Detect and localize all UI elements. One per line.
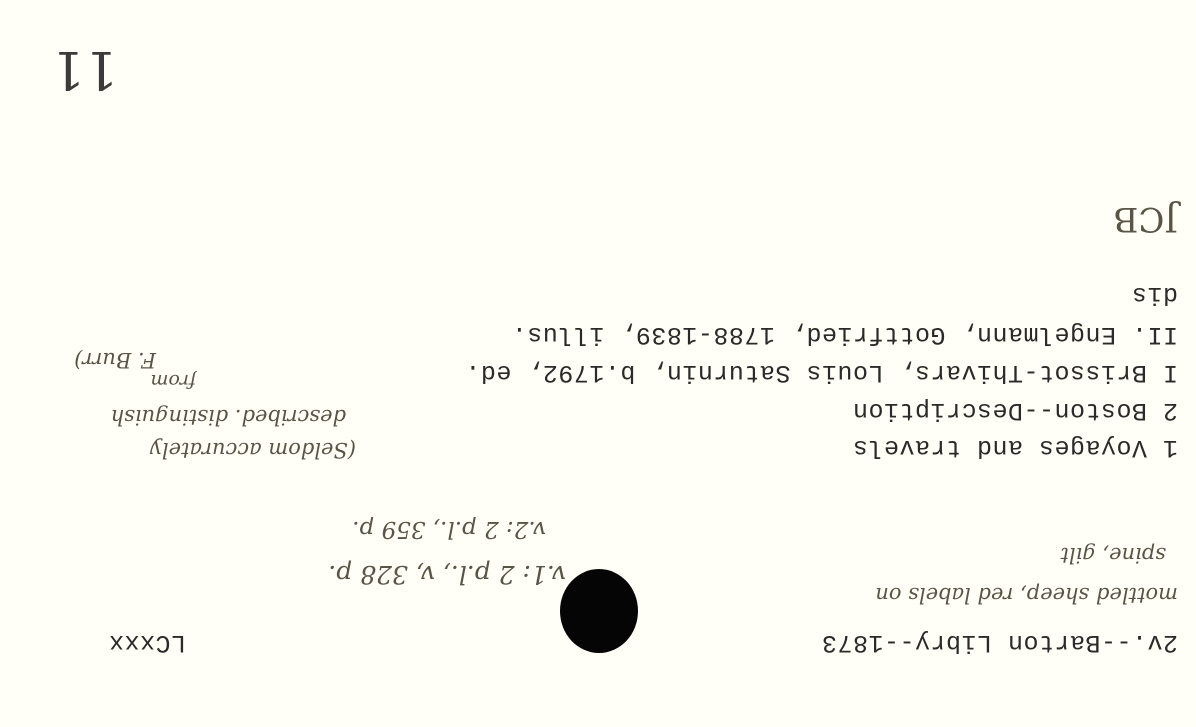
remark-1: (Seldom accurately: [150, 438, 356, 462]
pencil-mark: 11: [52, 39, 118, 99]
remark-2: described. distinguish: [111, 405, 346, 429]
volume-2-collation: v.2: 2 p.l., 359 p.: [352, 516, 546, 542]
punch-hole: [560, 569, 638, 653]
binding-note-1: mottled sheep, red labels on: [875, 583, 1178, 607]
tracing-3: I Brissot-Thivars, Louis Saturnin, b.179…: [465, 358, 1178, 387]
binding-note-2: spine, gilt: [1060, 543, 1166, 567]
call-number: LCxxx: [108, 628, 186, 657]
collation-line: 2v.--Barton Libry--1873: [821, 628, 1178, 657]
remark-3: from: [150, 370, 196, 392]
tracing-2: 2 Boston--Description: [852, 396, 1178, 425]
catalog-card: 2v.--Barton Libry--1873 LCxxx mottled sh…: [0, 0, 1196, 727]
remark-4: F. Burr): [74, 348, 156, 372]
tracing-4: II. Engelmann, Gottfried, 1788-1839, ill…: [511, 320, 1178, 349]
initials: JCB: [1113, 199, 1178, 239]
tracing-1: 1 Voyages and travels: [852, 433, 1178, 462]
disposition: dis: [1131, 280, 1178, 309]
volume-1-collation: v.1: 2 p.l., v, 328 p.: [328, 560, 566, 589]
